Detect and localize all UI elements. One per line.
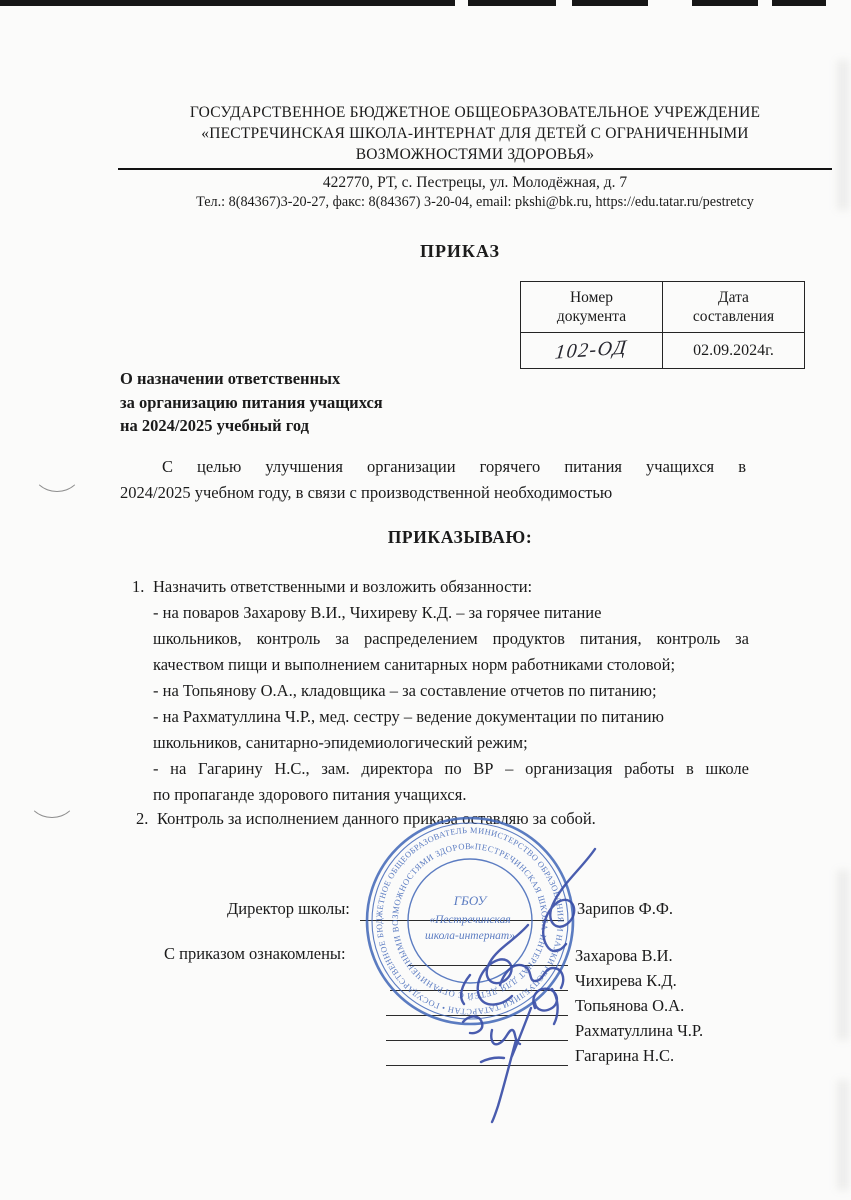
order-meta-table: Номер документа Дата составления 102-ОД … xyxy=(520,281,805,369)
table-header-row: Номер документа Дата составления xyxy=(521,282,805,333)
item-line: школьников, санитарно-эпидемиологический… xyxy=(153,730,749,756)
stamp-center-line: «Пестречинская xyxy=(429,914,510,926)
date-header-label: Дата составления xyxy=(684,288,784,326)
item-text: Назначить ответственными и возложить обя… xyxy=(153,574,749,808)
acknowledged-name: Рахматуллина Ч.Р. xyxy=(575,1021,703,1041)
preamble-line: 2024/2025 учебном году, в связи с произв… xyxy=(120,480,746,506)
scan-smudge xyxy=(837,870,849,1040)
stamp-center-text: ГБОУ «Пестречинская школа-интернат» xyxy=(425,893,515,942)
table-value-row: 102-ОД 02.09.2024г. xyxy=(521,333,805,369)
command-word: ПРИКАЗЫВАЮ: xyxy=(120,527,800,548)
official-round-stamp: МИНИСТЕРСТВО ОБРАЗОВАНИЯ И НАУКИ РЕСПУБЛ… xyxy=(360,811,580,1031)
order-subject: О назначении ответственных за организаци… xyxy=(120,367,383,438)
letterhead: ГОСУДАРСТВЕННОЕ БЮДЖЕТНОЕ ОБЩЕОБРАЗОВАТЕ… xyxy=(118,102,832,212)
punch-hole-mark xyxy=(32,448,82,492)
number-header-cell: Номер документа xyxy=(521,282,663,333)
order-title: ПРИКАЗ xyxy=(120,241,800,262)
address-line: 422770, РТ, с. Пестрецы, ул. Молодёжная,… xyxy=(118,172,832,193)
item-line: по пропаганде здорового питания учащихся… xyxy=(153,782,749,808)
stamp-center-line: ГБОУ xyxy=(453,893,489,908)
preamble-line: С целью улучшения организации горячего п… xyxy=(120,454,746,480)
item-number: 2. xyxy=(136,806,157,832)
item-line: - на Топьянову О.А., кладовщика – за сос… xyxy=(153,678,749,704)
scan-smudge xyxy=(837,1080,849,1190)
item-line: качеством пищи и выполнением санитарных … xyxy=(153,652,749,678)
scan-smudge xyxy=(837,60,849,210)
date-header-cell: Дата составления xyxy=(663,282,805,333)
subject-line: за организацию питания учащихся xyxy=(120,391,383,415)
signature-line xyxy=(386,1040,568,1041)
order-item-1: 1. Назначить ответственными и возложить … xyxy=(132,574,749,808)
punch-hole-mark xyxy=(27,774,77,818)
acknowledged-name: Чихирева К.Д. xyxy=(575,971,677,991)
director-name: Зарипов Ф.Ф. xyxy=(577,899,673,919)
item-line: - на Гагарину Н.С., зам. директора по ВР… xyxy=(153,756,749,782)
item-line: - на поваров Захарову В.И., Чихиреву К.Д… xyxy=(153,600,749,626)
org-name-line: ГОСУДАРСТВЕННОЕ БЮДЖЕТНОЕ ОБЩЕОБРАЗОВАТЕ… xyxy=(118,102,832,123)
item-number: 1. xyxy=(132,574,153,808)
preamble-paragraph: С целью улучшения организации горячего п… xyxy=(120,454,746,506)
org-name-line: ВОЗМОЖНОСТЯМИ ЗДОРОВЬЯ» xyxy=(118,144,832,165)
signature-line xyxy=(386,1065,568,1066)
date-value-cell: 02.09.2024г. xyxy=(663,333,805,369)
handwritten-order-number: 102-ОД xyxy=(554,336,629,364)
scan-top-edge-artifact xyxy=(0,0,851,6)
acknowledged-name: Захарова В.И. xyxy=(575,946,673,966)
item-line: Назначить ответственными и возложить обя… xyxy=(153,574,749,600)
order-date: 02.09.2024г. xyxy=(693,342,774,359)
subject-line: О назначении ответственных xyxy=(120,367,383,391)
acknowledged-label: С приказом ознакомлены: xyxy=(164,944,346,964)
number-value-cell: 102-ОД xyxy=(521,333,663,369)
scanned-order-document: { "document": { "header": { "org_lines":… xyxy=(0,0,851,1200)
letterhead-divider xyxy=(118,168,832,170)
contacts-line: Тел.: 8(84367)3-20-27, факс: 8(84367) 3-… xyxy=(118,193,832,212)
org-name-line: «ПЕСТРЕЧИНСКАЯ ШКОЛА-ИНТЕРНАТ ДЛЯ ДЕТЕЙ … xyxy=(118,123,832,144)
subject-line: на 2024/2025 учебный год xyxy=(120,414,383,438)
item-line: школьников, контроль за распределением п… xyxy=(153,626,749,652)
signature-gagarina xyxy=(481,1040,516,1122)
item-line: - на Рахматуллина Ч.Р., мед. сестру – ве… xyxy=(153,704,749,730)
director-label: Директор школы: xyxy=(227,899,350,919)
acknowledged-name: Топьянова О.А. xyxy=(575,996,684,1016)
stamp-center-line: школа-интернат» xyxy=(425,930,515,942)
number-header-label: Номер документа xyxy=(549,288,635,326)
acknowledged-name: Гагарина Н.С. xyxy=(575,1046,674,1066)
